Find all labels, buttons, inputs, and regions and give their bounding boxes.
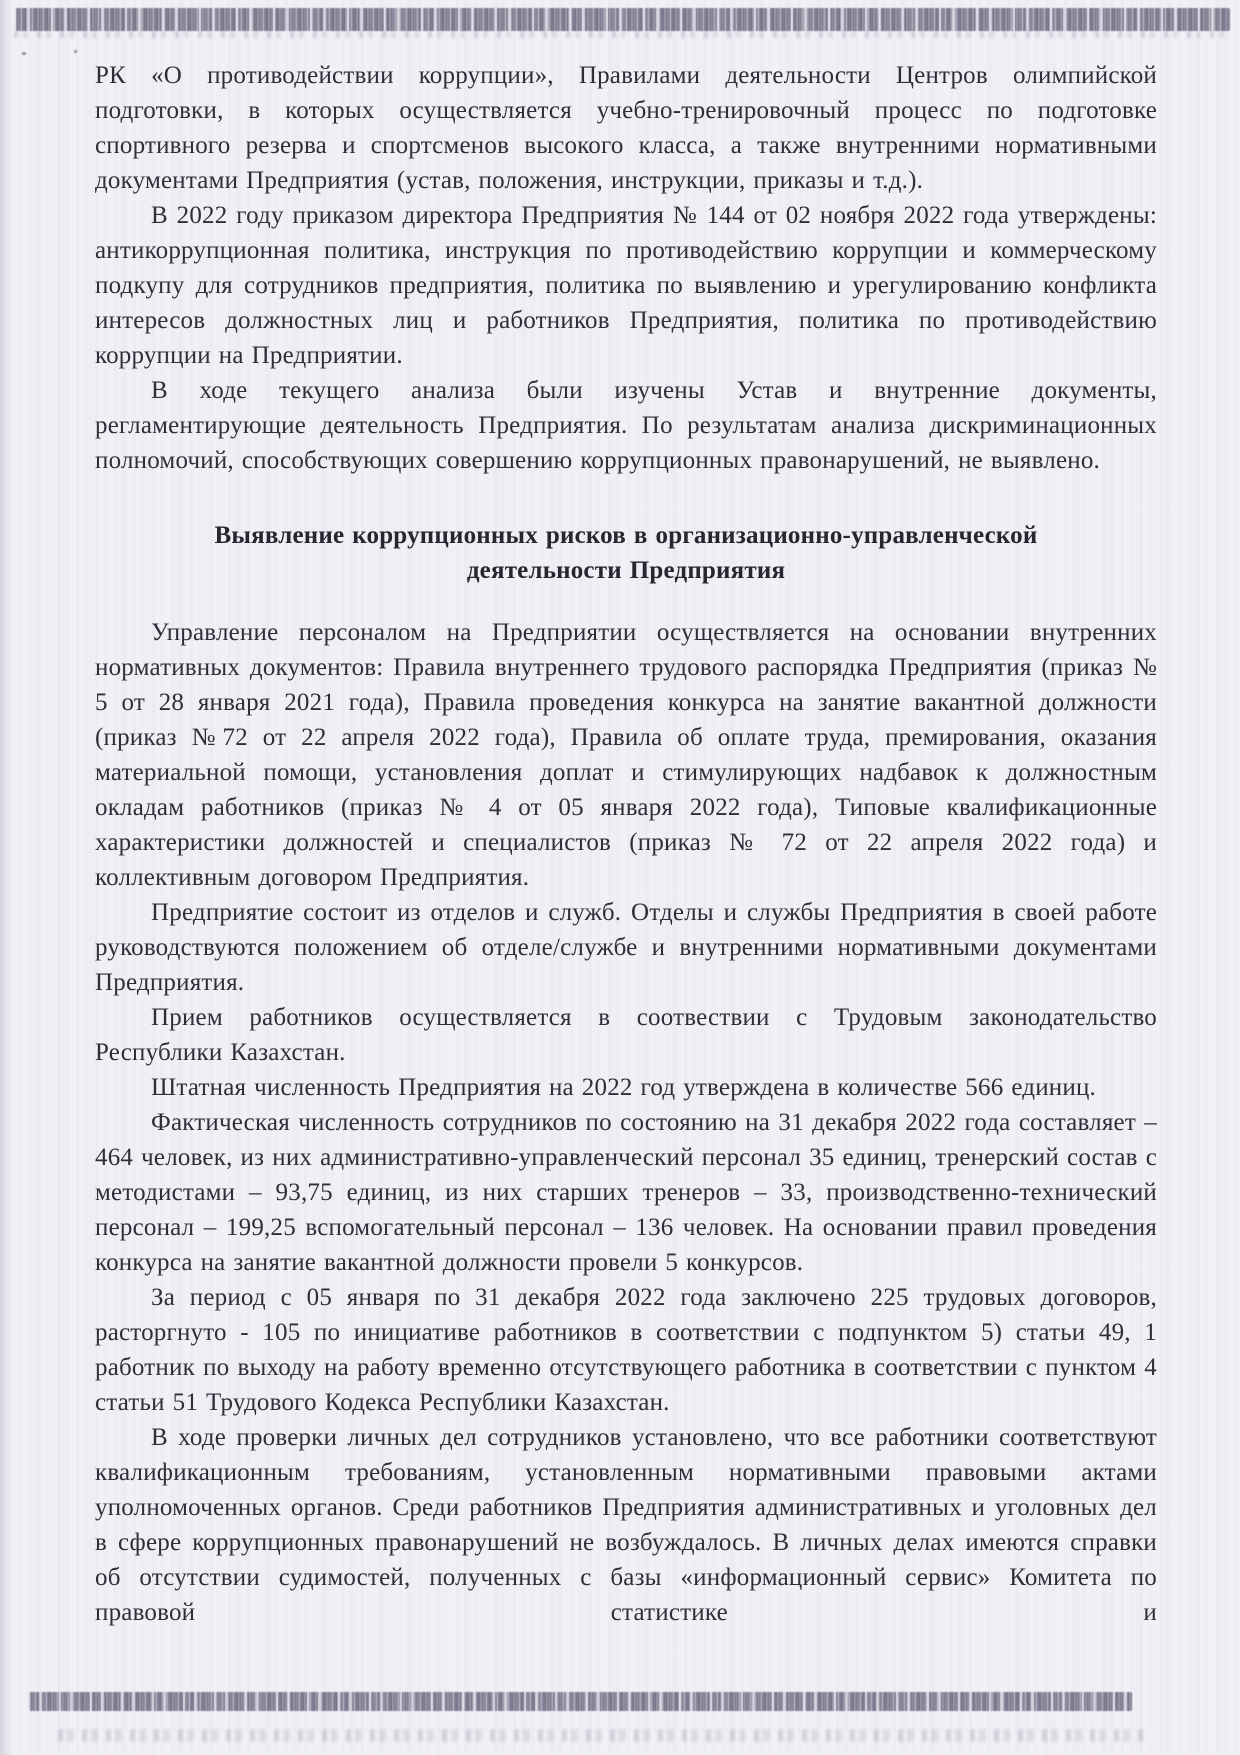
- scan-artifact-bottom-band: [28, 1692, 1132, 1711]
- body-paragraph: Предприятие состоит из отделов и служб. …: [95, 895, 1157, 1000]
- body-paragraph: Фактическая численность сотрудников по с…: [95, 1105, 1157, 1280]
- page-edge-shadow: [0, 0, 12, 1755]
- scan-ghost-text-line: [58, 1729, 1146, 1742]
- ink-speck: [74, 50, 77, 53]
- section-heading: Выявление коррупционных рисков в организ…: [135, 518, 1117, 588]
- body-paragraph: За период с 05 января по 31 декабря 2022…: [95, 1280, 1157, 1420]
- body-paragraph: В ходе текущего анализа были изучены Уст…: [95, 373, 1157, 478]
- ink-speck: [22, 52, 26, 55]
- body-paragraph: Управление персоналом на Предприятии осу…: [95, 615, 1157, 895]
- body-paragraph-cutoff: В ходе проверки личных дел сотрудников у…: [95, 1420, 1157, 1630]
- document-body: РК «О противодействии коррупции», Правил…: [95, 58, 1157, 1630]
- body-paragraph: Прием работников осуществляется в соотве…: [95, 1000, 1157, 1070]
- body-paragraph: РК «О противодействии коррупции», Правил…: [95, 58, 1157, 198]
- body-paragraph: Штатная численность Предприятия на 2022 …: [95, 1070, 1157, 1105]
- body-paragraph: В 2022 году приказом директора Предприят…: [95, 198, 1157, 373]
- scan-artifact-top-band: [14, 8, 1230, 31]
